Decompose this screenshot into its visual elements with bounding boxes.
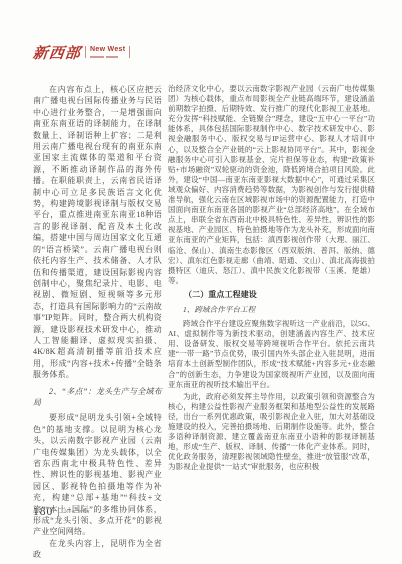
section-heading: （二）重点工程建设 [168,290,375,300]
body-paragraph: 要形成“昆明龙头引领+全域特色”的基地支撑。以昆明为核心龙头，以云南数字影视产业… [33,412,162,537]
logo-divider-right [129,46,130,58]
journal-logo-en-wrap: New West [90,46,125,58]
section-subheading: 2、“多点”：龙头生产与全域布局 [33,386,162,409]
logo-tagline-microtext [90,56,125,58]
page-footer: 180 New West [33,506,90,518]
journal-logo: 新西部 New West [33,42,134,62]
logo-divider-left [85,46,86,58]
body-paragraph: 跨域合作平台建设应聚焦数字视听这一产业前沿，以5G、AI、虚拟制作等为新技术驱动… [168,319,375,390]
footer-journal-name: New West [64,509,90,515]
body-paragraph: 在龙头内容上，昆明作为全省政 [33,538,162,561]
body-paragraph: 治经济文化中心，要以云南数字影视产业园（云南广电传媒集团）为核心载体，重点布局影… [168,84,375,286]
body-paragraph: 在内容布点上，核心区应把云南广播电视台国际传播业务与民语中心进行业务整合，一是增… [33,84,162,381]
page-number: 180 [33,506,53,518]
body-paragraph: 为此，政府必须发挥主导作用，以政策引领和资源整合为核心，构建公益性影视产业服务框… [168,392,375,473]
right-column: 治经济文化中心，要以云南数字影视产业园（云南广电传媒集团）为核心载体，重点布局影… [168,84,375,472]
footer-divider [58,507,59,517]
section-subheading: 1、跨域合作平台工程 [168,305,375,315]
journal-logo-en: New West [90,46,125,54]
left-column: 在内容布点上，核心区应把云南广播电视台国际传播业务与民语中心进行业务整合，一是增… [33,84,162,561]
magazine-page: 新西部 New West 在内容布点上，核心区应把云南广播电视台国际传播业务与民… [0,0,402,564]
journal-logo-cn: 新西部 [32,42,82,63]
